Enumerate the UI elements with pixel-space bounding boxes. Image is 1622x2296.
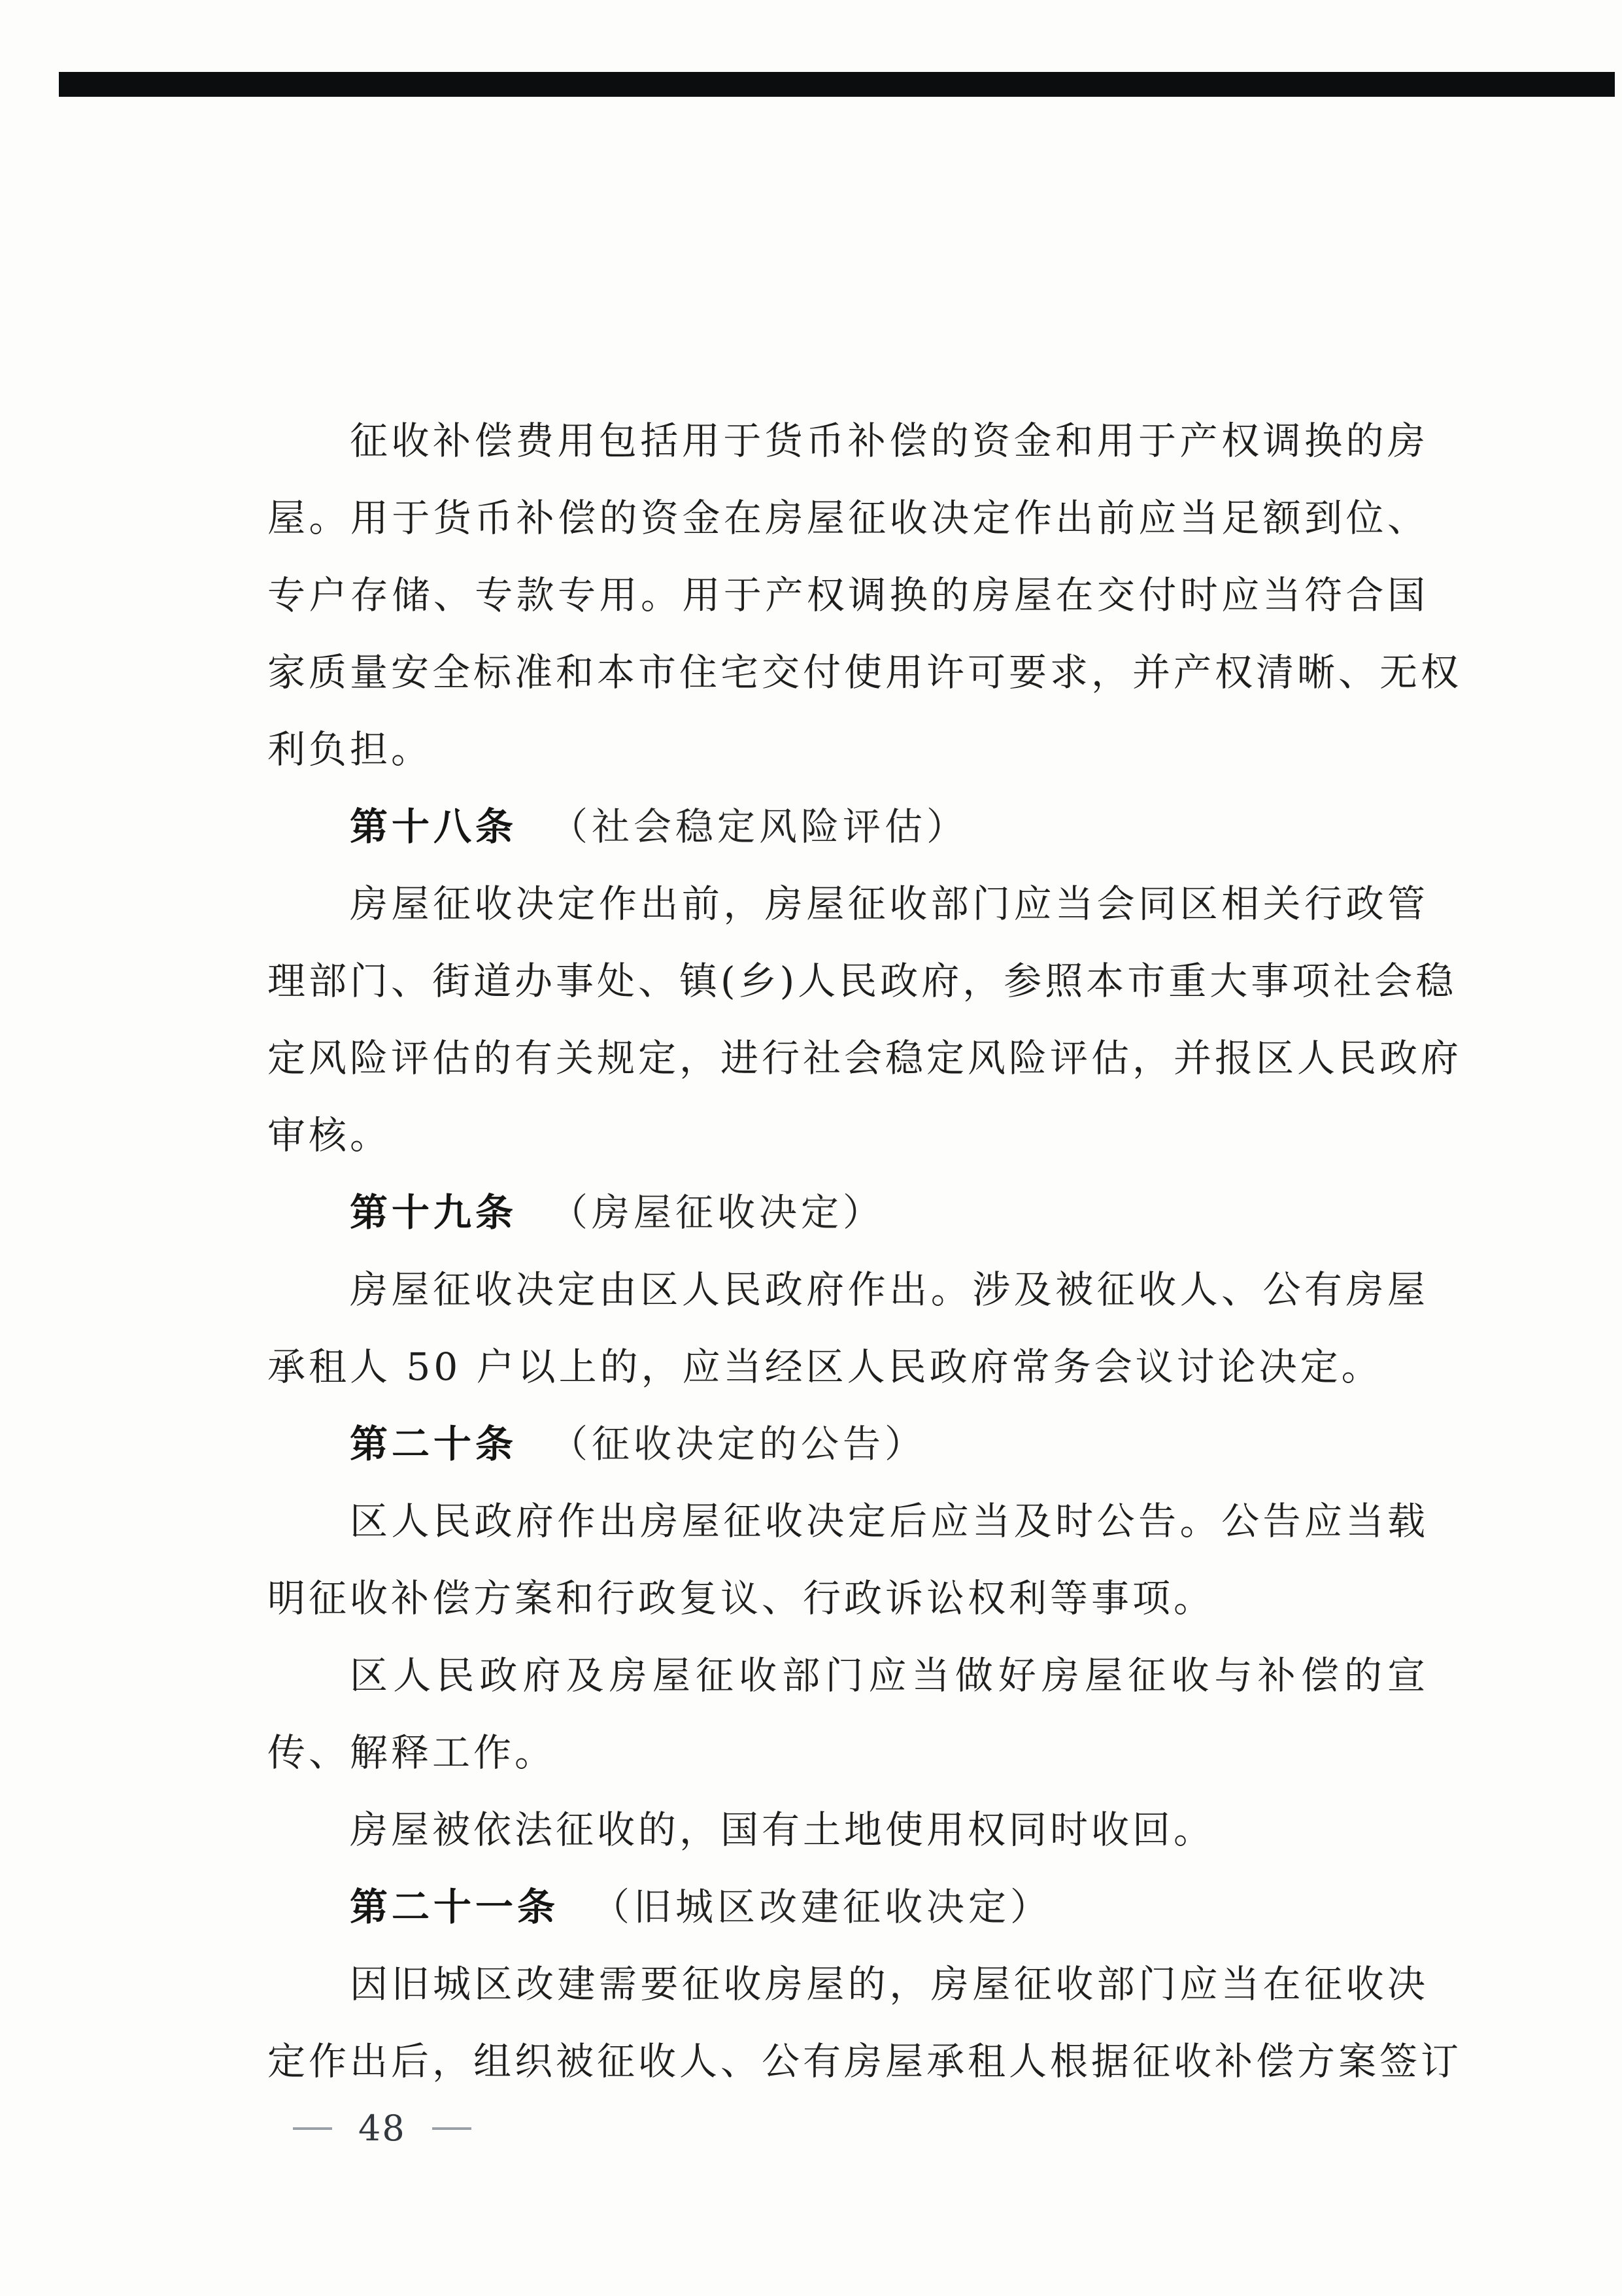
text-line: 明征收补偿方案和行政复议、行政诉讼权利等事项。 bbox=[267, 1560, 1428, 1637]
text-block: 征收补偿费用包括用于货币补偿的资金和用于产权调换的房 屋。用于货币补偿的资金在房… bbox=[267, 402, 1428, 2100]
text-line: 定作出后，组织被征收人、公有房屋承租人根据征收补偿方案签订 bbox=[267, 2023, 1428, 2100]
top-black-bar bbox=[59, 72, 1615, 97]
text-line: 房屋征收决定作出前，房屋征收部门应当会同区相关行政管 bbox=[267, 865, 1428, 942]
article-18-heading: 第十八条（社会稳定风险评估） bbox=[267, 788, 1428, 865]
article-19-heading: 第十九条（房屋征收决定） bbox=[267, 1174, 1428, 1251]
text-line: 利负担。 bbox=[267, 711, 1428, 788]
text-line: 审核。 bbox=[267, 1097, 1428, 1174]
text-line: 征收补偿费用包括用于货币补偿的资金和用于产权调换的房 bbox=[267, 402, 1428, 479]
article-title: （房屋征收决定） bbox=[550, 1190, 885, 1235]
article-21-heading: 第二十一条（旧城区改建征收决定） bbox=[267, 1868, 1428, 1945]
article-title: （旧城区改建征收决定） bbox=[592, 1885, 1052, 1929]
article-number: 第二十一条 bbox=[350, 1885, 559, 1929]
text-line: 专户存储、专款专用。用于产权调换的房屋在交付时应当符合国 bbox=[267, 557, 1428, 634]
text-line: 定风险评估的有关规定，进行社会稳定风险评估，并报区人民政府 bbox=[267, 1019, 1428, 1097]
text-line: 区人民政府作出房屋征收决定后应当及时公告。公告应当载 bbox=[267, 1482, 1428, 1560]
text-line: 房屋征收决定由区人民政府作出。涉及被征收人、公有房屋 bbox=[267, 1251, 1428, 1328]
document-page: 征收补偿费用包括用于货币补偿的资金和用于产权调换的房 屋。用于货币补偿的资金在房… bbox=[0, 0, 1622, 2296]
article-number: 第二十条 bbox=[350, 1422, 517, 1466]
text-line: 承租人 50 户以上的，应当经区人民政府常务会议讨论决定。 bbox=[267, 1328, 1428, 1405]
footer-left-dash bbox=[293, 2127, 332, 2130]
article-number: 第十八条 bbox=[350, 804, 517, 849]
article-20-heading: 第二十条（征收决定的公告） bbox=[267, 1405, 1428, 1482]
article-number: 第十九条 bbox=[350, 1190, 517, 1235]
footer-right-dash bbox=[432, 2127, 471, 2130]
text-line: 屋。用于货币补偿的资金在房屋征收决定作出前应当足额到位、 bbox=[267, 479, 1428, 557]
text-line: 房屋被依法征收的，国有土地使用权同时收回。 bbox=[267, 1791, 1428, 1868]
text-line: 家质量安全标准和本市住宅交付使用许可要求，并产权清晰、无权 bbox=[267, 634, 1428, 711]
article-title: （征收决定的公告） bbox=[550, 1422, 926, 1466]
text-line: 理部门、街道办事处、镇(乡)人民政府，参照本市重大事项社会稳 bbox=[267, 942, 1428, 1019]
article-title: （社会稳定风险评估） bbox=[550, 804, 968, 849]
page-footer: 48 bbox=[293, 2096, 471, 2161]
text-line: 因旧城区改建需要征收房屋的，房屋征收部门应当在征收决 bbox=[267, 1945, 1428, 2023]
text-line: 区人民政府及房屋征收部门应当做好房屋征收与补偿的宣 bbox=[267, 1637, 1428, 1714]
page-number: 48 bbox=[358, 2096, 406, 2161]
text-line: 传、解释工作。 bbox=[267, 1714, 1428, 1791]
